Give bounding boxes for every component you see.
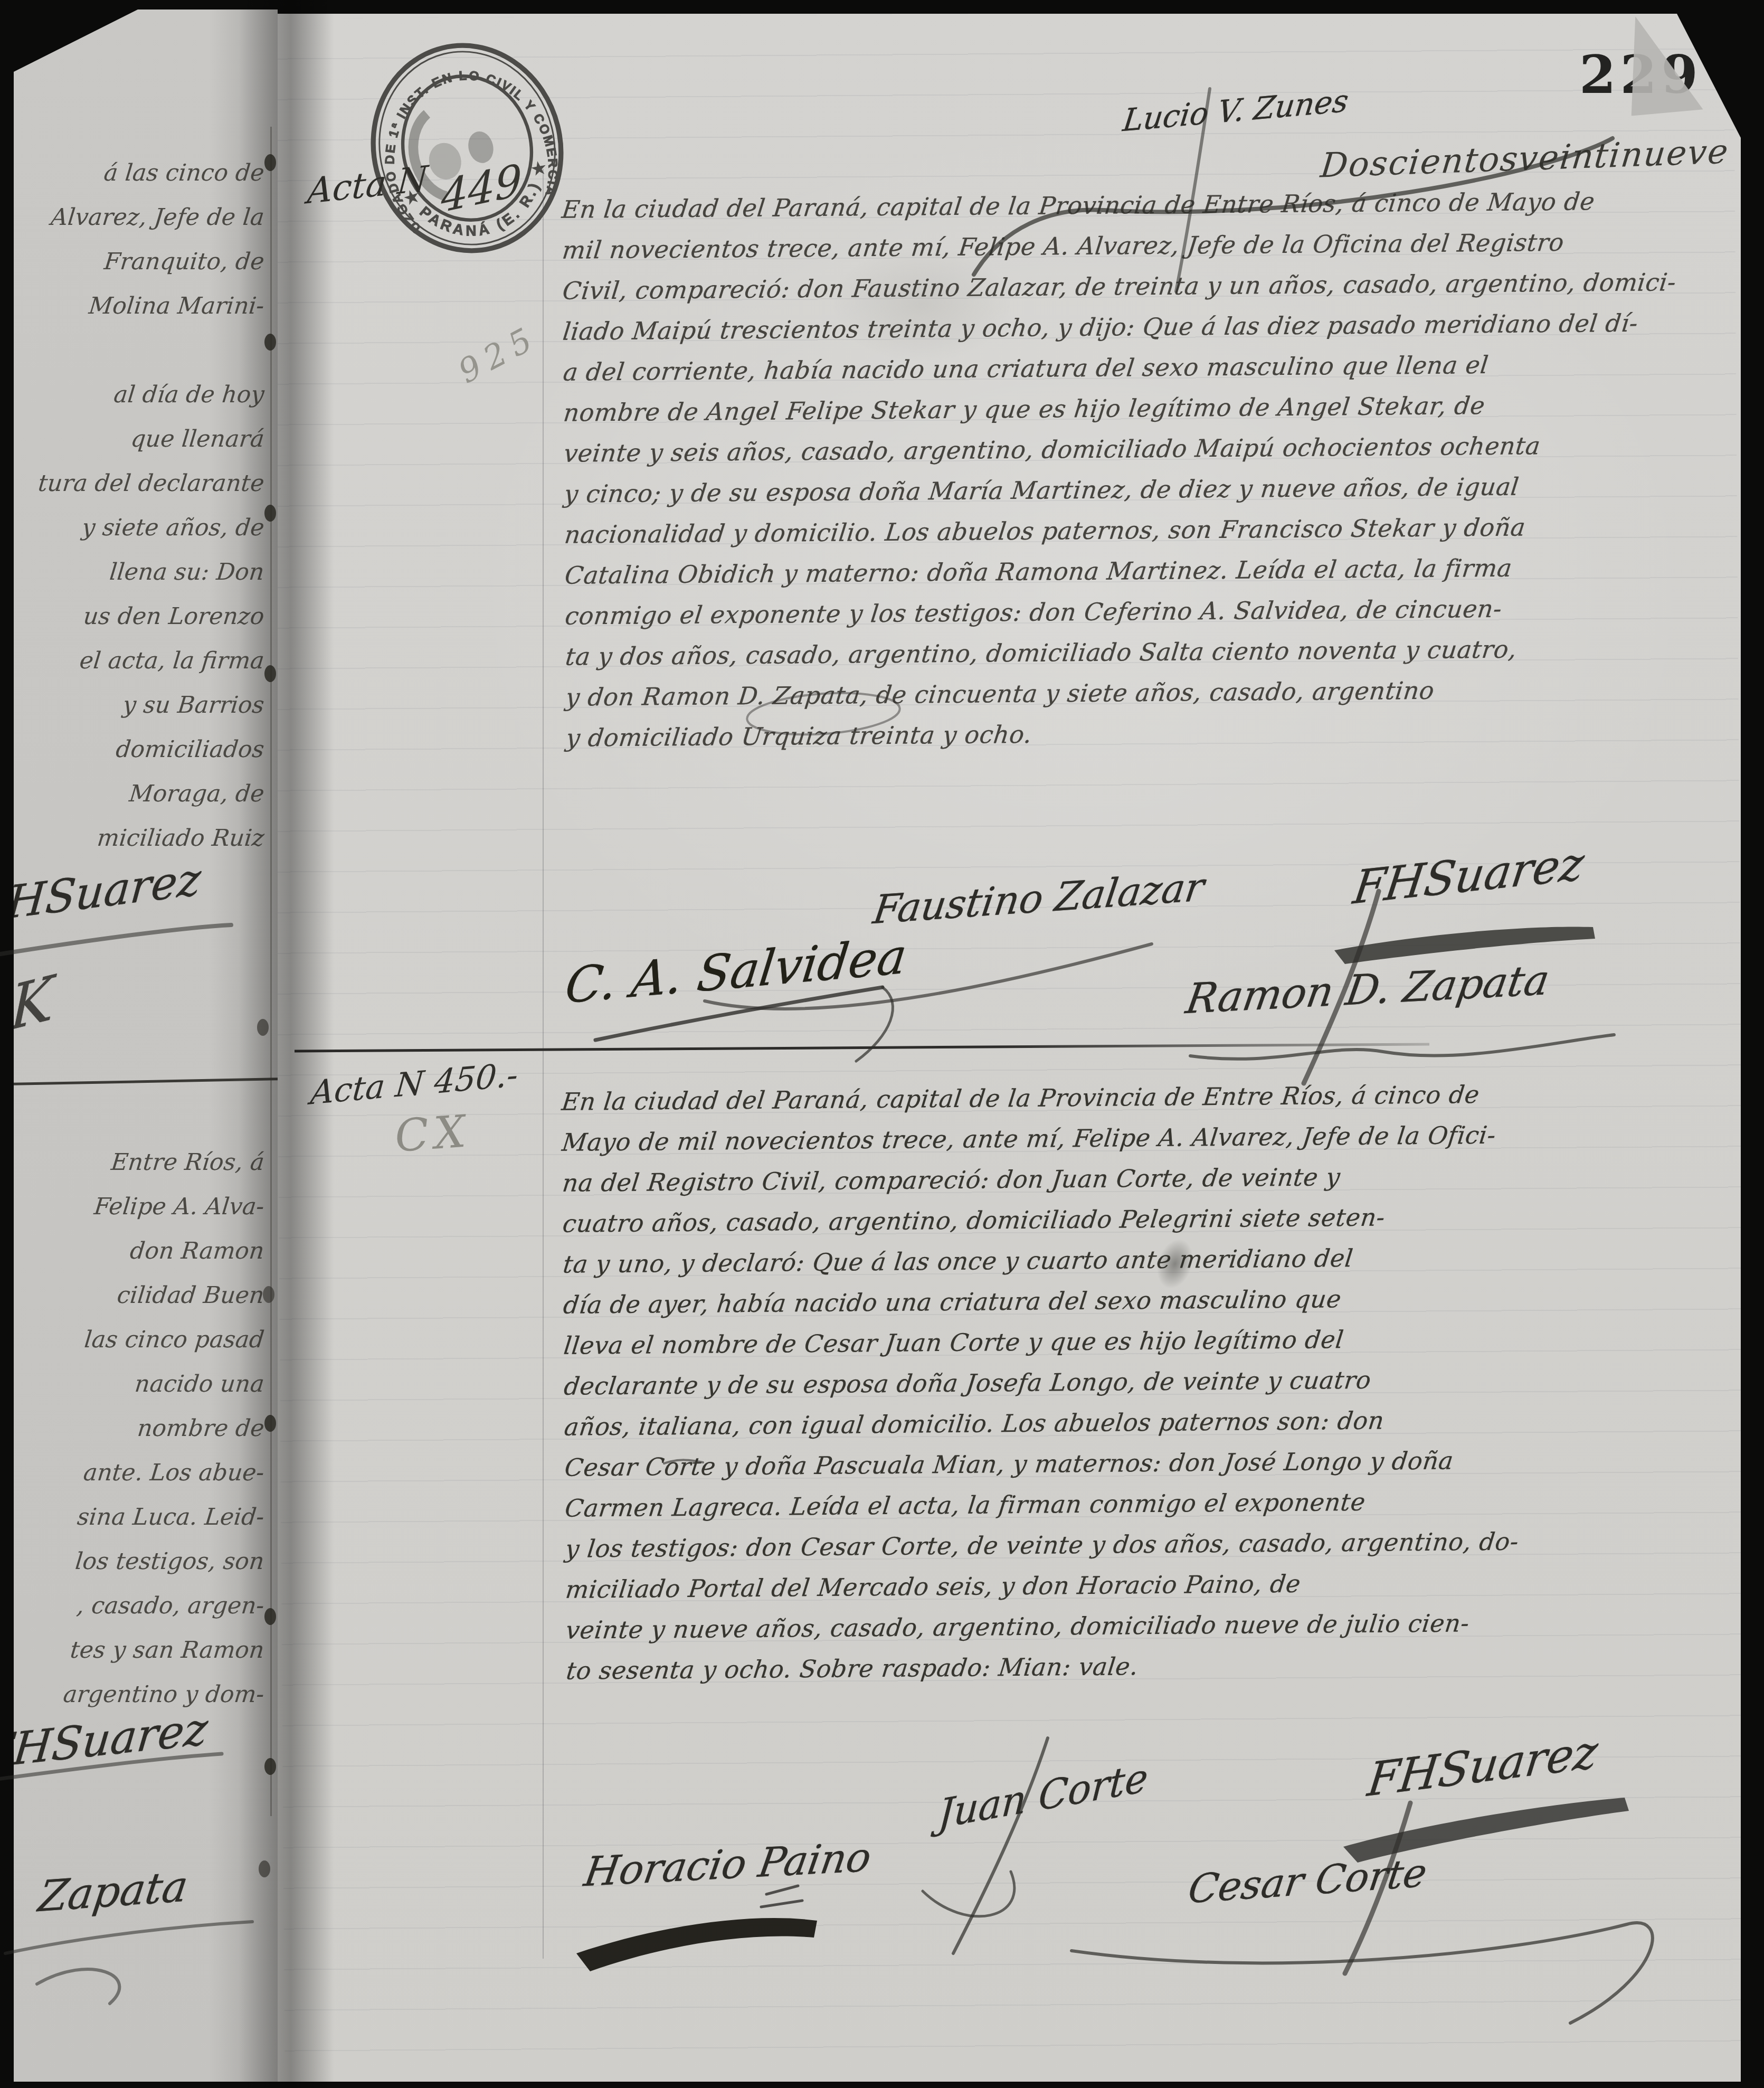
- handwritten-line: Molina Marini-: [21, 284, 267, 328]
- handwritten-line: y siete años, de: [21, 506, 267, 550]
- handwritten-line: y su Barrios: [21, 683, 267, 728]
- signature-official-suarez-1: FHSuarez: [1350, 837, 1588, 915]
- pencil-annotation-925: 925: [452, 317, 545, 391]
- handwritten-line: Entre Ríos, á: [21, 1140, 267, 1185]
- acta-separator-line-previous: [14, 1078, 278, 1085]
- binding-stitch: [264, 334, 276, 351]
- handwritten-line: Franquito, de: [21, 240, 267, 284]
- binding-thread: [270, 127, 272, 1816]
- register-folio: 229 Lucio V. Zunes Doscientosveintinueve…: [278, 14, 1741, 2082]
- signature-flourish: K: [14, 962, 55, 1044]
- handwritten-line: don Ramon: [21, 1229, 267, 1273]
- signature-witness-salvidea: C. A. Salvidea: [562, 928, 909, 1015]
- binding-stitch: [264, 1415, 276, 1432]
- handwritten-line: tura del declarante: [21, 461, 267, 506]
- handwritten-line: , casado, argen-: [21, 1584, 267, 1628]
- handwritten-line: to sesenta y ocho. Sobre raspado: Mian: …: [564, 1641, 1741, 1692]
- signature-previous-official-upper: FHSuarez: [14, 853, 203, 933]
- binding-stitch: [264, 154, 276, 171]
- acta-450-text: En la ciudad del Paraná, capital de la P…: [559, 1072, 1741, 1692]
- signature-declarant-zalazar: Faustino Zalazar: [870, 864, 1207, 933]
- binding-stitch: [259, 1860, 270, 1877]
- handwritten-line: [21, 328, 267, 373]
- handwritten-line: nombre de: [21, 1406, 267, 1451]
- handwritten-line: los testigos, son: [21, 1539, 267, 1584]
- handwritten-line: tes y san Ramon: [21, 1628, 267, 1673]
- handwritten-line: miciliado Ruiz: [21, 816, 267, 861]
- handwritten-line: llena su: Don: [21, 550, 267, 594]
- acta-449-heading-label: Acta N: [306, 158, 429, 212]
- acta-449-text: En la ciudad del Paraná, capital de la P…: [559, 180, 1741, 759]
- acta-separator-line: [295, 1043, 1429, 1052]
- scanned-civil-registry-page: á las cinco deAlvarez, Jefe de laFranqui…: [0, 0, 1764, 2088]
- handwritten-line: Alvarez, Jefe de la: [21, 195, 267, 240]
- binding-stitch: [264, 505, 276, 522]
- binding-stitch: [264, 1758, 276, 1775]
- signature-witness-zapata: Ramon D. Zapata: [1183, 957, 1553, 1024]
- acta-449-heading-number: 449: [441, 155, 522, 223]
- previous-page-text-upper: á las cinco deAlvarez, Jefe de laFranqui…: [21, 151, 262, 861]
- handwritten-line: que llenará: [21, 417, 267, 461]
- handwritten-line: us den Lorenzo: [21, 594, 267, 639]
- signature-declarant-juan-corte: Juan Corte: [937, 1754, 1150, 1838]
- handwritten-line: nacido una: [21, 1362, 267, 1406]
- binding-stitch: [257, 1019, 269, 1036]
- handwritten-line: el acta, la firma: [21, 639, 267, 683]
- binding-stitch: [264, 665, 276, 682]
- binding-stitch: [263, 1286, 274, 1303]
- pencil-annotation-cx: CX: [393, 1105, 473, 1162]
- previous-page-edge: á las cinco deAlvarez, Jefe de laFranqui…: [14, 10, 278, 2082]
- previous-page-text-lower: Entre Ríos, áFelipe A. Alva-don Ramoncil…: [21, 1140, 262, 1717]
- handwritten-line: cilidad Buen: [21, 1273, 267, 1318]
- court-oval-stamp: JUZGADO DE 1ª INST. EN LO CIVIL Y COMERC…: [343, 25, 591, 271]
- handwritten-line: ante. Los abue-: [21, 1451, 267, 1495]
- handwritten-line: las cinco pasad: [21, 1318, 267, 1362]
- signature-previous-witness-lower: Zapata: [35, 1862, 191, 1922]
- page-number-in-words: Doscientosveintinueve: [1319, 132, 1731, 185]
- handwritten-line: á las cinco de: [21, 151, 267, 195]
- marginal-rubric-signature: Lucio V. Zunes: [1121, 82, 1351, 138]
- signature-official-suarez-2: FHSuarez: [1365, 1725, 1601, 1808]
- handwritten-line: sina Luca. Leid-: [21, 1495, 267, 1539]
- signature-witness-paino: Horacio Paino: [581, 1833, 875, 1895]
- handwritten-line: Felipe A. Alva-: [21, 1185, 267, 1229]
- margin-rule: [543, 169, 544, 1959]
- signature-witness-cesar-corte: Cesar Corte: [1186, 1850, 1430, 1913]
- handwritten-line: domiciliados: [21, 728, 267, 772]
- binding-stitch: [264, 1608, 276, 1625]
- handwritten-line: Moraga, de: [21, 772, 267, 816]
- handwritten-line: y domiciliado Urquiza treinta y ocho.: [564, 708, 1741, 759]
- page-corner-shadow: [14, 10, 138, 72]
- handwritten-line: al día de hoy: [21, 373, 267, 417]
- acta-450-heading: Acta N 450.-: [309, 1055, 520, 1112]
